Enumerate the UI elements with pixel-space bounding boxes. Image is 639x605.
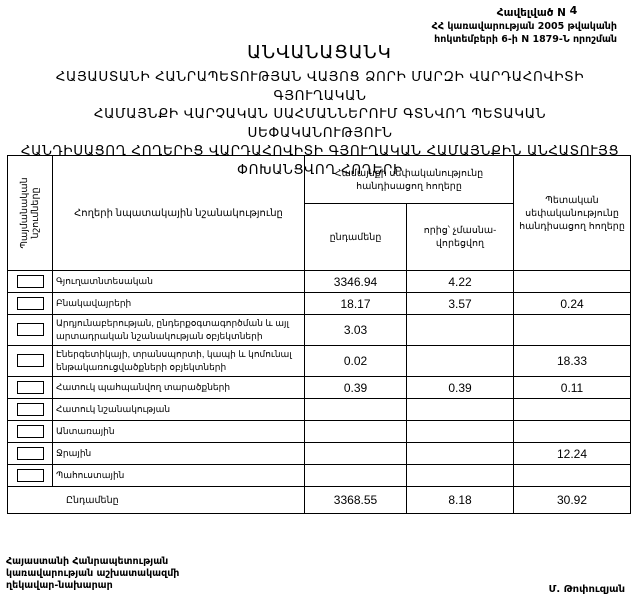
code-box: [17, 447, 44, 460]
table-row: Պահուստային: [8, 465, 631, 487]
community-nonprivatizable-cell: 0.39: [407, 377, 514, 399]
community-nonprivatizable-cell: [407, 465, 514, 487]
header-total: ընդամենը: [305, 204, 407, 271]
table-row: Արդյունաբերության, ընդերքօգտագործման և ա…: [8, 315, 631, 346]
table-row: Հատուկ պահպանվող տարածքների0.390.390.11: [8, 377, 631, 399]
code-cell: [8, 315, 53, 346]
code-box: [17, 403, 44, 416]
signatory-title: Հայաստանի Հանրապետության կառավարության ա…: [6, 556, 179, 592]
land-purpose-cell: Գյուղատնտեսական: [53, 271, 305, 293]
land-purpose-cell: Ջրային: [53, 443, 305, 465]
annex-number: 4: [570, 4, 578, 17]
community-total-cell: 0.02: [305, 346, 407, 377]
state-land-cell: [514, 315, 631, 346]
annex-label: Հավելված N: [497, 7, 566, 19]
header-state: Պետական սեփականությունը հանդիսացող հողեր…: [514, 156, 631, 271]
header-community-group-text: Համայնքի սեփականությունը հանդիսացող հողե…: [305, 167, 513, 193]
land-purpose-cell: Անտառային: [53, 421, 305, 443]
totals-label: Ընդամենը: [8, 487, 305, 514]
totals-row: Ընդամենը3368.558.1830.92: [8, 487, 631, 514]
code-box: [17, 323, 44, 336]
community-total-cell: 3346.94: [305, 271, 407, 293]
community-nonprivatizable-cell: [407, 315, 514, 346]
state-land-cell: 18.33: [514, 346, 631, 377]
community-total-cell: [305, 421, 407, 443]
table-row: Անտառային: [8, 421, 631, 443]
subtitle-line: ՀԱՄԱՅՆՔԻ ՎԱՐՉԱԿԱՆ ՍԱՀՄԱՆՆԵՐՈՒՄ ԳՏՆՎՈՂ ՊԵ…: [20, 105, 620, 142]
code-box: [17, 381, 44, 394]
state-land-cell: [514, 271, 631, 293]
code-box: [17, 425, 44, 438]
state-land-cell: 0.11: [514, 377, 631, 399]
subtitle-line: ՀԱՅԱՍՏԱՆԻ ՀԱՆՐԱՊԵՏՈՒԹՅԱՆ ՎԱՅՈՑ ՁՈՐԻ ՄԱՐԶ…: [20, 68, 620, 105]
code-box: [17, 297, 44, 310]
community-nonprivatizable-cell: [407, 346, 514, 377]
code-cell: [8, 346, 53, 377]
community-total-cell: 3.03: [305, 315, 407, 346]
table-row: Ջրային12.24: [8, 443, 631, 465]
table-row: Հատուկ նշանակության: [8, 399, 631, 421]
signatory-name: Մ. Թոփուզյան: [549, 584, 625, 595]
land-purpose-cell: Էներգետիկայի, տրանսպորտի, կապի և կոմունա…: [53, 346, 305, 377]
annex-label-line: Հավելված N 4: [417, 4, 617, 20]
document-title: ԱՆՎԱՆԱՑԱՆԿ: [0, 42, 639, 63]
community-nonprivatizable-cell: [407, 399, 514, 421]
state-land-cell: 0.24: [514, 293, 631, 315]
community-total-cell: [305, 443, 407, 465]
land-purpose-cell: Հատուկ պահպանվող տարածքների: [53, 377, 305, 399]
code-cell: [8, 421, 53, 443]
header-code-text: Պայմանական նշումները: [19, 163, 41, 263]
totals-nonprivatizable: 8.18: [407, 487, 514, 514]
header-community-group: Համայնքի սեփականությունը հանդիսացող հողե…: [305, 156, 514, 204]
table-row: Բնակավայրերի18.173.570.24: [8, 293, 631, 315]
community-nonprivatizable-cell: [407, 443, 514, 465]
code-cell: [8, 271, 53, 293]
header-state-text: Պետական սեփականությունը հանդիսացող հողեր…: [514, 194, 630, 233]
community-nonprivatizable-cell: [407, 421, 514, 443]
state-land-cell: [514, 399, 631, 421]
community-total-cell: [305, 465, 407, 487]
state-land-cell: 12.24: [514, 443, 631, 465]
totals-state: 30.92: [514, 487, 631, 514]
table-row: Գյուղատնտեսական3346.944.22: [8, 271, 631, 293]
header-code: Պայմանական նշումները: [8, 156, 53, 271]
community-total-cell: 0.39: [305, 377, 407, 399]
land-purpose-cell: Հատուկ նշանակության: [53, 399, 305, 421]
state-land-cell: [514, 465, 631, 487]
header-privatizable: որից՝ չմասնա-վորեցվող: [407, 204, 514, 271]
totals-community-total: 3368.55: [305, 487, 407, 514]
code-box: [17, 354, 44, 367]
annex-line-2: ՀՀ կառավարության 2005 թվականի: [417, 20, 617, 33]
community-nonprivatizable-cell: 3.57: [407, 293, 514, 315]
table-row: Էներգետիկայի, տրանսպորտի, կապի և կոմունա…: [8, 346, 631, 377]
land-purpose-cell: Բնակավայրերի: [53, 293, 305, 315]
community-total-cell: 18.17: [305, 293, 407, 315]
community-nonprivatizable-cell: 4.22: [407, 271, 514, 293]
code-cell: [8, 443, 53, 465]
header-name: Հողերի նպատակային նշանակությունը: [53, 156, 305, 271]
state-land-cell: [514, 421, 631, 443]
code-cell: [8, 399, 53, 421]
code-box: [17, 469, 44, 482]
code-cell: [8, 465, 53, 487]
land-purpose-cell: Պահուստային: [53, 465, 305, 487]
land-table: Պայմանական նշումները Հողերի նպատակային ն…: [7, 155, 631, 514]
code-cell: [8, 293, 53, 315]
community-total-cell: [305, 399, 407, 421]
land-purpose-cell: Արդյունաբերության, ընդերքօգտագործման և ա…: [53, 315, 305, 346]
code-cell: [8, 377, 53, 399]
annex-reference: Հավելված N 4 ՀՀ կառավարության 2005 թվակա…: [417, 4, 617, 46]
code-box: [17, 275, 44, 288]
